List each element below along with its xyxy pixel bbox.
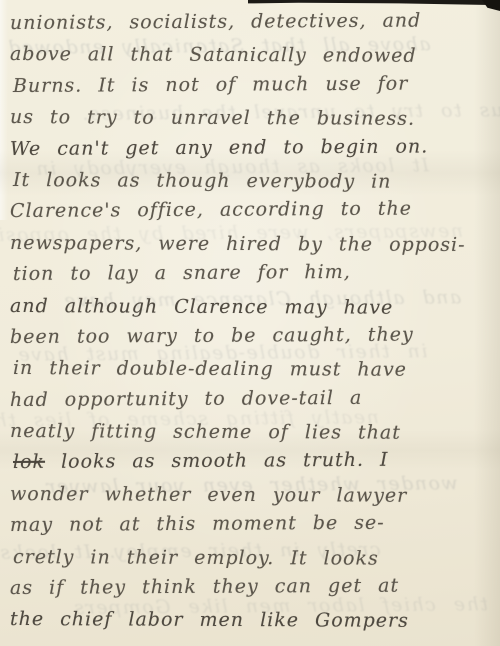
handwritten-line: tion to lay a snare for him, [10,256,494,290]
handwritten-line: as if they think they can get at [10,570,494,604]
handwritten-line: lok looks as smooth as truth. I [10,445,494,479]
line-text: looks as smooth as truth. I [61,449,389,473]
letter-page-photo: above all that Satanically endowedus to … [0,0,500,646]
handwritten-line: Clarence's office, according to the [10,193,494,227]
struck-out-word: lok [13,451,45,473]
handwritten-line: the chief labor men like Gompers [10,604,494,638]
handwritten-line: may not at this moment be se- [10,507,494,541]
letter-lines: unionists, socialists, detectives, andab… [0,0,500,646]
handwritten-line: been too wary to be caught, they [10,319,494,353]
handwritten-line: had opportunity to dove-tail a [10,382,494,416]
handwritten-line: We can't get any end to begin on. [10,131,494,165]
handwritten-line: unionists, socialists, detectives, and [10,5,494,39]
handwritten-line: Burns. It is not of much use for [10,68,494,102]
